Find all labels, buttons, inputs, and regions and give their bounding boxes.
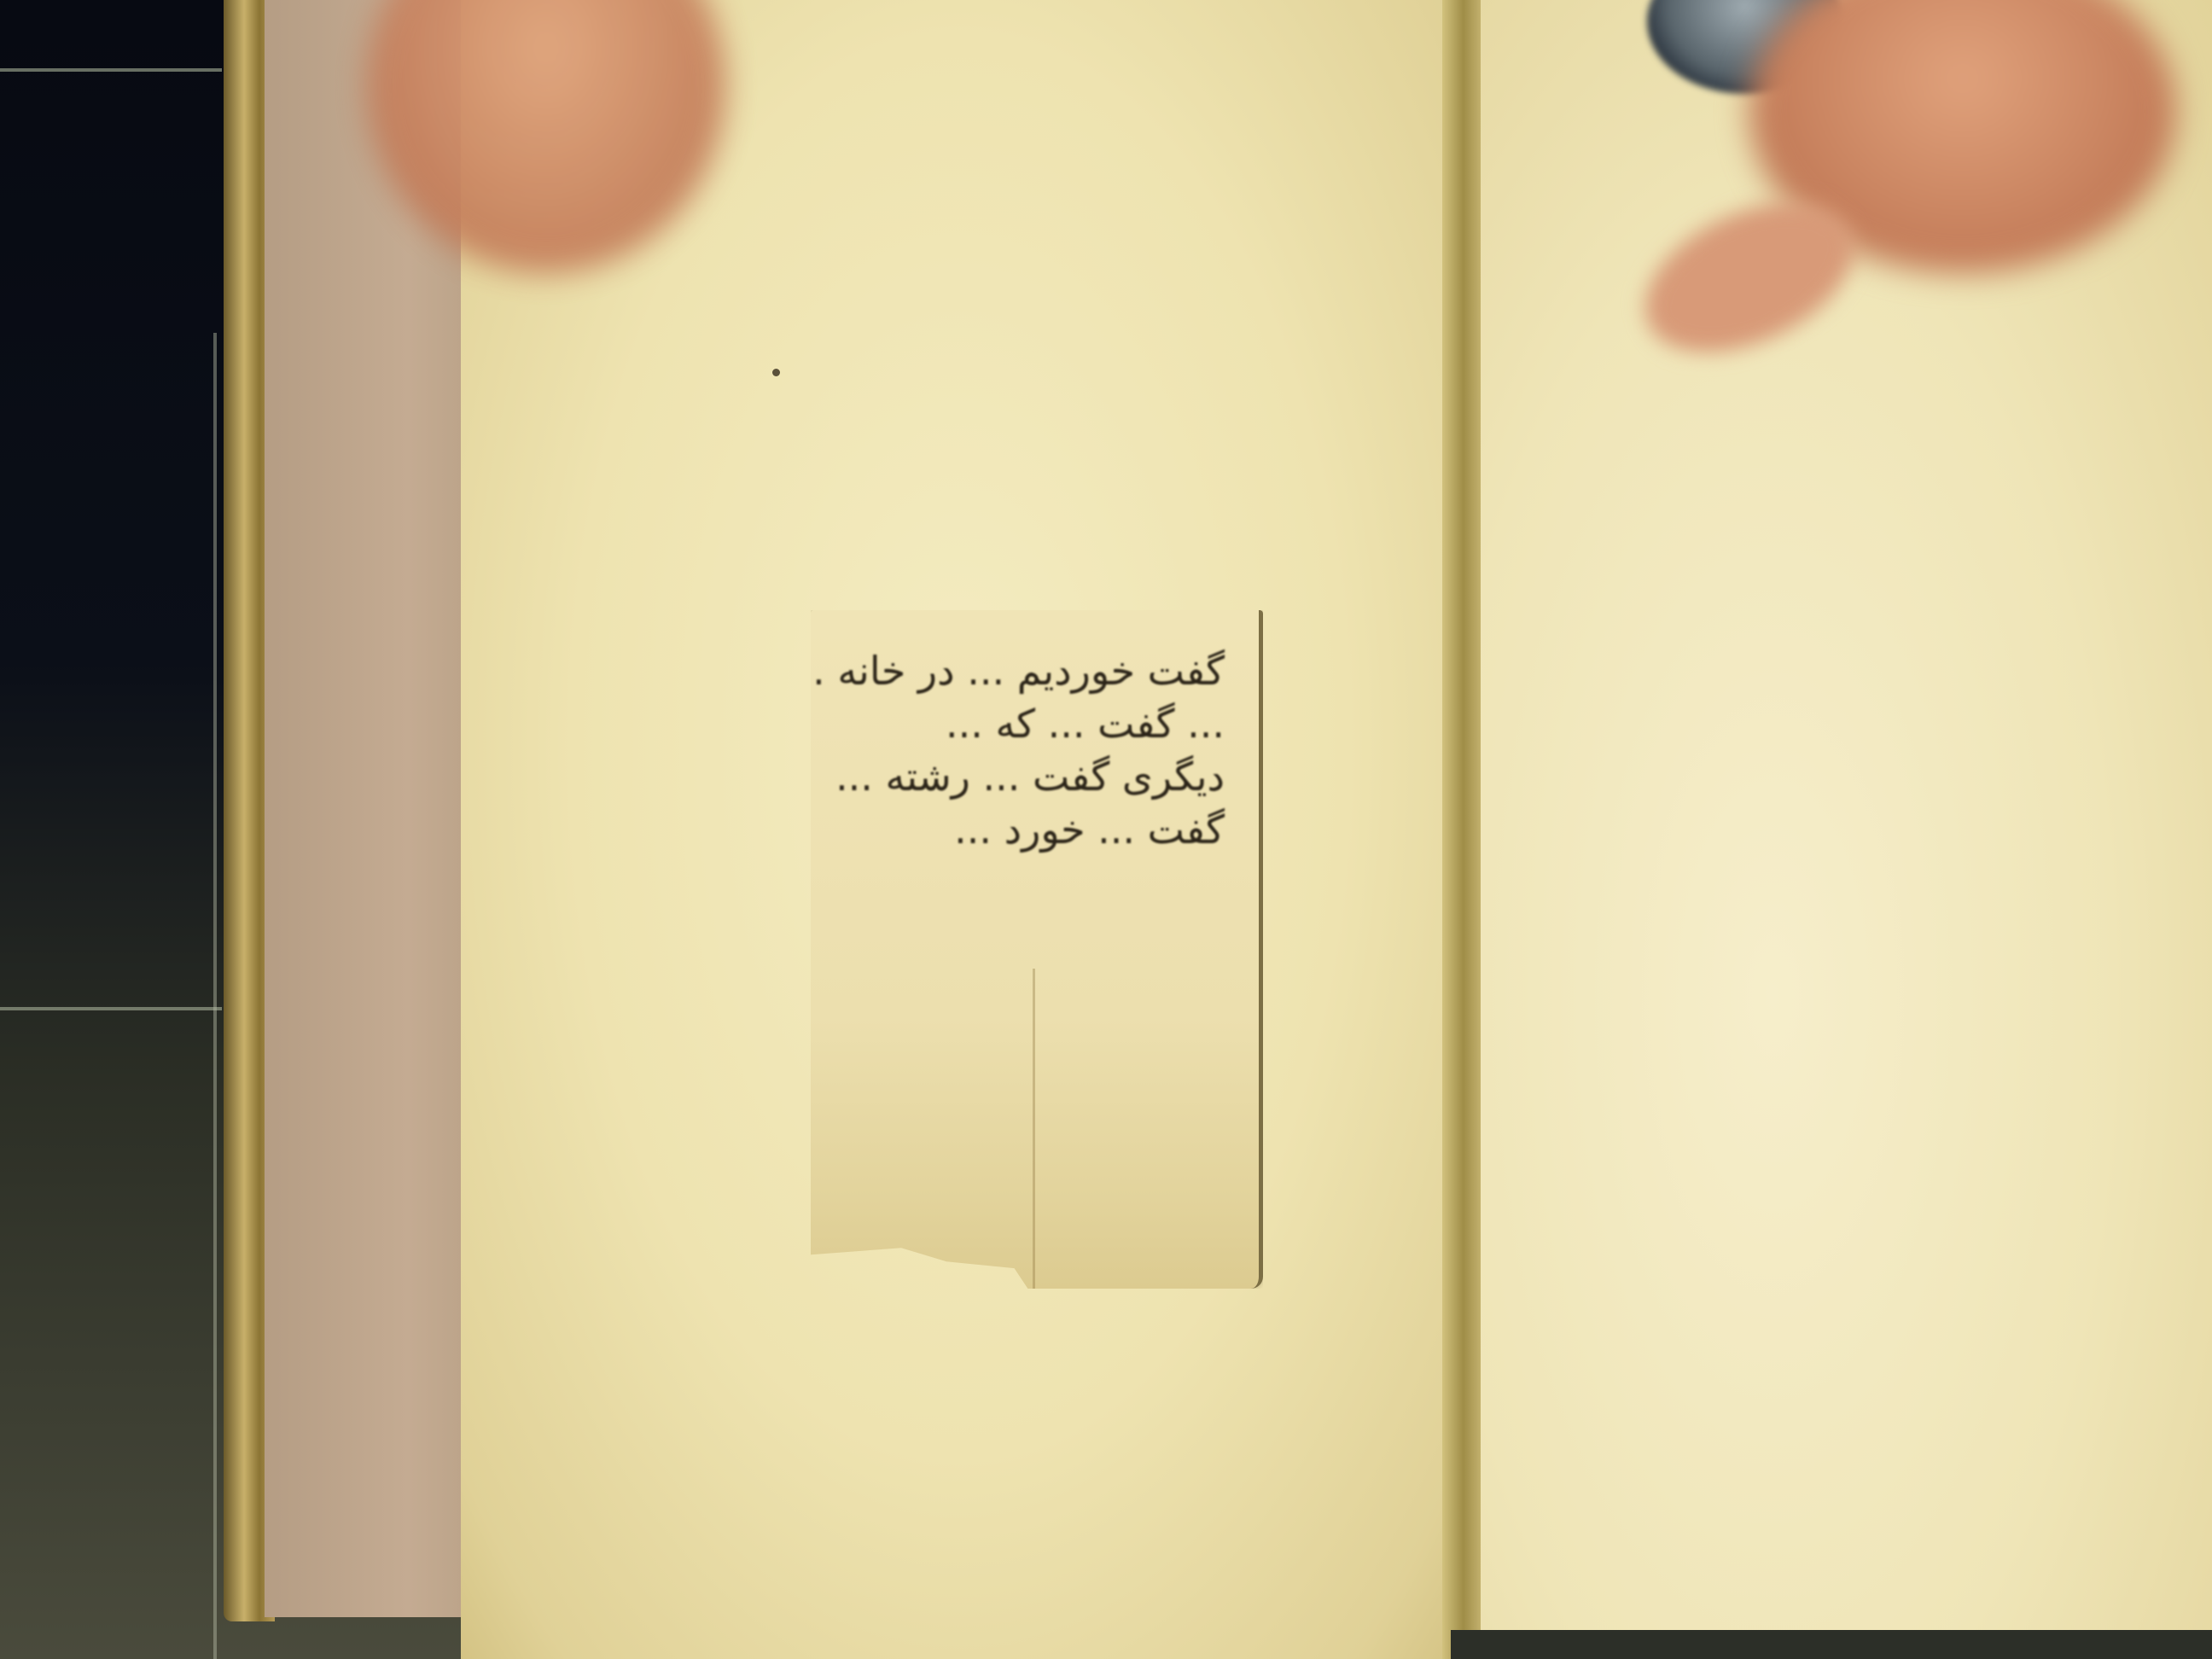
table-strip bbox=[1451, 1630, 2212, 1659]
page-speck bbox=[772, 369, 780, 376]
slip-fold-crease bbox=[1033, 969, 1035, 1293]
note-line: گفت ... خورد ... bbox=[845, 803, 1225, 856]
table-grid-line bbox=[0, 1007, 222, 1010]
note-text: گفت خوردیم ... در خانه ... ... گفت ... ک… bbox=[845, 644, 1225, 856]
note-line: ... گفت ... که ... bbox=[845, 697, 1225, 750]
note-line: گفت خوردیم ... در خانه ... bbox=[845, 644, 1225, 697]
note-line: دیگری گفت ... رشته ... bbox=[845, 750, 1225, 803]
table-grid-line bbox=[0, 68, 222, 72]
table-grid-line bbox=[213, 333, 217, 1659]
handwritten-note-slip: گفت خوردیم ... در خانه ... ... گفت ... ک… bbox=[811, 610, 1263, 1289]
book-gutter bbox=[1442, 0, 1485, 1659]
